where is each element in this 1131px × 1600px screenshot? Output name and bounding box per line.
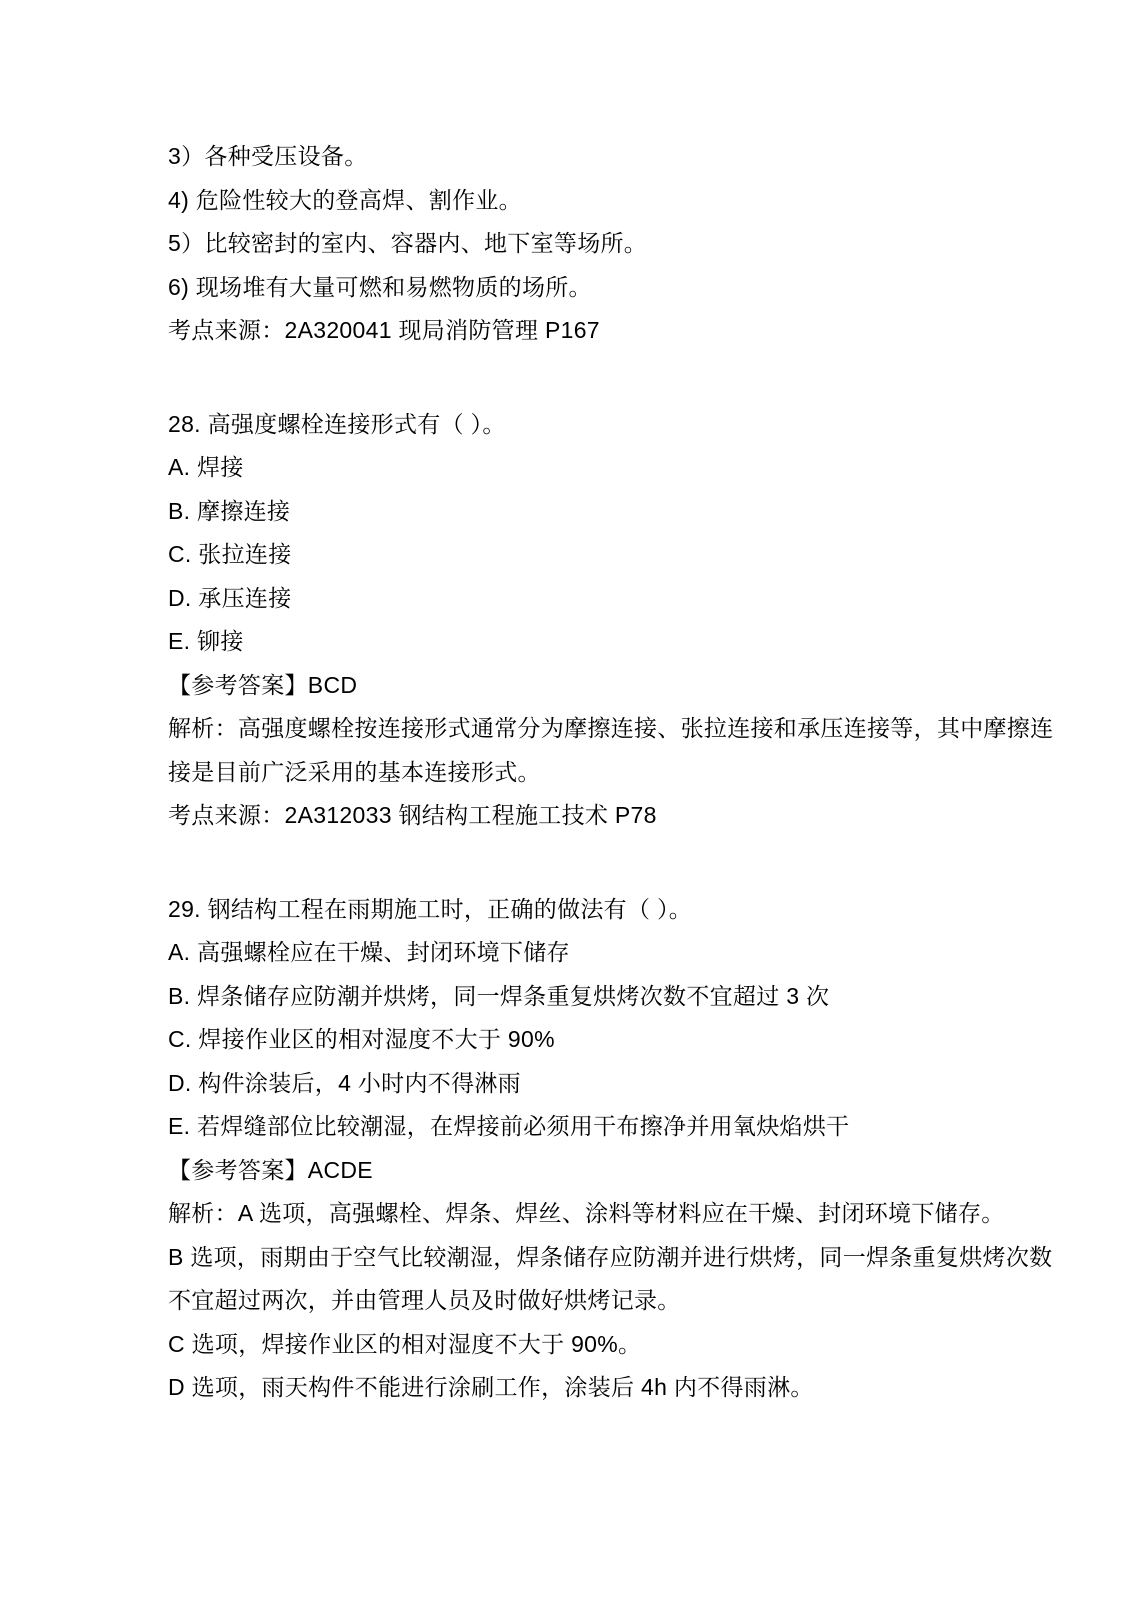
q29-stem: 29. 钢结构工程在雨期施工时，正确的做法有（ ）。 — [168, 888, 1038, 932]
q27-list-item-3: 3）各种受压设备。 — [168, 135, 1038, 179]
q29-option-d: D. 构件涂装后，4 小时内不得淋雨 — [168, 1062, 1038, 1106]
q28-option-e: E. 铆接 — [168, 620, 1038, 664]
q29-option-c: C. 焊接作业区的相对湿度不大于 90% — [168, 1018, 1038, 1062]
q28-analysis-line-2: 接是目前广泛采用的基本连接形式。 — [168, 751, 1038, 795]
q27-list-item-5: 5）比较密封的室内、容器内、地下室等场所。 — [168, 222, 1038, 266]
q29-option-a: A. 高强螺栓应在干燥、封闭环境下储存 — [168, 931, 1038, 975]
q28-option-c: C. 张拉连接 — [168, 533, 1038, 577]
q27-source: 考点来源：2A320041 现局消防管理 P167 — [168, 309, 1038, 353]
q28-source: 考点来源：2A312033 钢结构工程施工技术 P78 — [168, 794, 1038, 838]
q29-answer: 【参考答案】ACDE — [168, 1149, 1038, 1193]
q29-analysis-line-5: D 选项，雨天构件不能进行涂刷工作，涂装后 4h 内不得雨淋。 — [168, 1366, 1038, 1410]
exam-content: 3）各种受压设备。 4) 危险性较大的登高焊、割作业。 5）比较密封的室内、容器… — [168, 135, 1038, 1410]
q28-option-b: B. 摩擦连接 — [168, 490, 1038, 534]
q29-analysis-line-1: 解析：A 选项，高强螺栓、焊条、焊丝、涂料等材料应在干燥、封闭环境下储存。 — [168, 1192, 1038, 1236]
q28-analysis-line-1: 解析：高强度螺栓按连接形式通常分为摩擦连接、张拉连接和承压连接等，其中摩擦连 — [168, 707, 1038, 751]
q29-analysis-line-2: B 选项，雨期由于空气比较潮湿，焊条储存应防潮并进行烘烤，同一焊条重复烘烤次数 — [168, 1236, 1038, 1280]
q29-analysis-line-3: 不宜超过两次，并由管理人员及时做好烘烤记录。 — [168, 1279, 1038, 1323]
q28-option-a: A. 焊接 — [168, 446, 1038, 490]
q29-option-e: E. 若焊缝部位比较潮湿，在焊接前必须用干布擦净并用氧炔焰烘干 — [168, 1105, 1038, 1149]
q28-answer: 【参考答案】BCD — [168, 664, 1038, 708]
q27-list-item-6: 6) 现场堆有大量可燃和易燃物质的场所。 — [168, 266, 1038, 310]
q28-stem: 28. 高强度螺栓连接形式有（ ）。 — [168, 403, 1038, 447]
q28-option-d: D. 承压连接 — [168, 577, 1038, 621]
q29-option-b: B. 焊条储存应防潮并烘烤，同一焊条重复烘烤次数不宜超过 3 次 — [168, 975, 1038, 1019]
q27-list-item-4: 4) 危险性较大的登高焊、割作业。 — [168, 179, 1038, 223]
q29-analysis-line-4: C 选项，焊接作业区的相对湿度不大于 90%。 — [168, 1323, 1038, 1367]
document-page: 3）各种受压设备。 4) 危险性较大的登高焊、割作业。 5）比较密封的室内、容器… — [0, 0, 1131, 1600]
